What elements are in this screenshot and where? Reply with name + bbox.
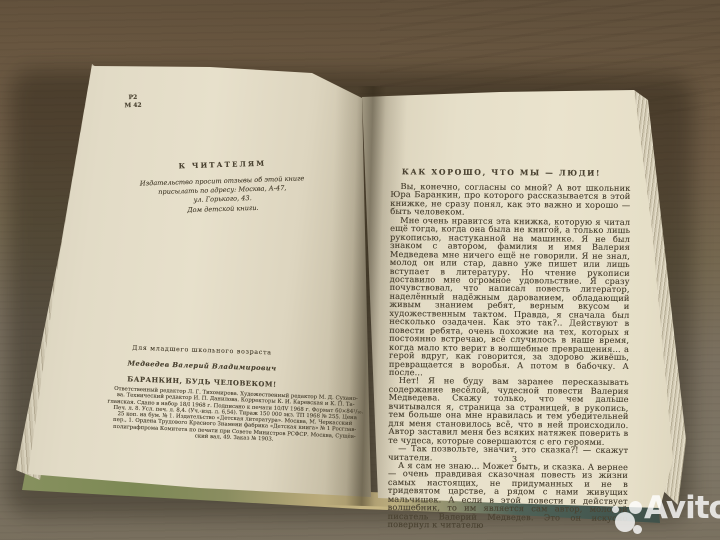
avito-wordmark: Avito [644,490,720,526]
avito-logo-icon [608,488,648,536]
avito-dot-icon [615,512,635,532]
publisher-notice: Издательство просит отзывы об этой книге… [104,173,340,217]
library-stamp-code: Р2 М 42 [118,93,149,109]
avito-dot-icon [612,506,619,513]
body-paragraph: Мне очень нравится эта книжка, которую я… [389,216,630,379]
body-paragraph: А я сам не знаю... Может быть, и сказка.… [387,461,628,531]
body-paragraph: Нет! Я не буду вам заранее пересказывать… [388,376,629,446]
preface-body: Вы, конечно, согласны со мной? А вот шко… [387,182,630,531]
page-number: 3 [512,455,517,464]
avito-watermark: Avito [608,488,720,540]
stamp-code-line: М 42 [118,101,148,110]
avito-dot-icon [633,525,642,534]
avito-dot-icon [629,501,642,514]
chapter-heading: КАК ХОРОШО, ЧТО МЫ — ЛЮДИ! [384,167,619,178]
body-paragraph: Вы, конечно, согласны со мной? А вот шко… [390,182,630,218]
photo-open-book: Р2 М 42 К ЧИТАТЕЛЯМ Издательство просит … [0,0,720,540]
